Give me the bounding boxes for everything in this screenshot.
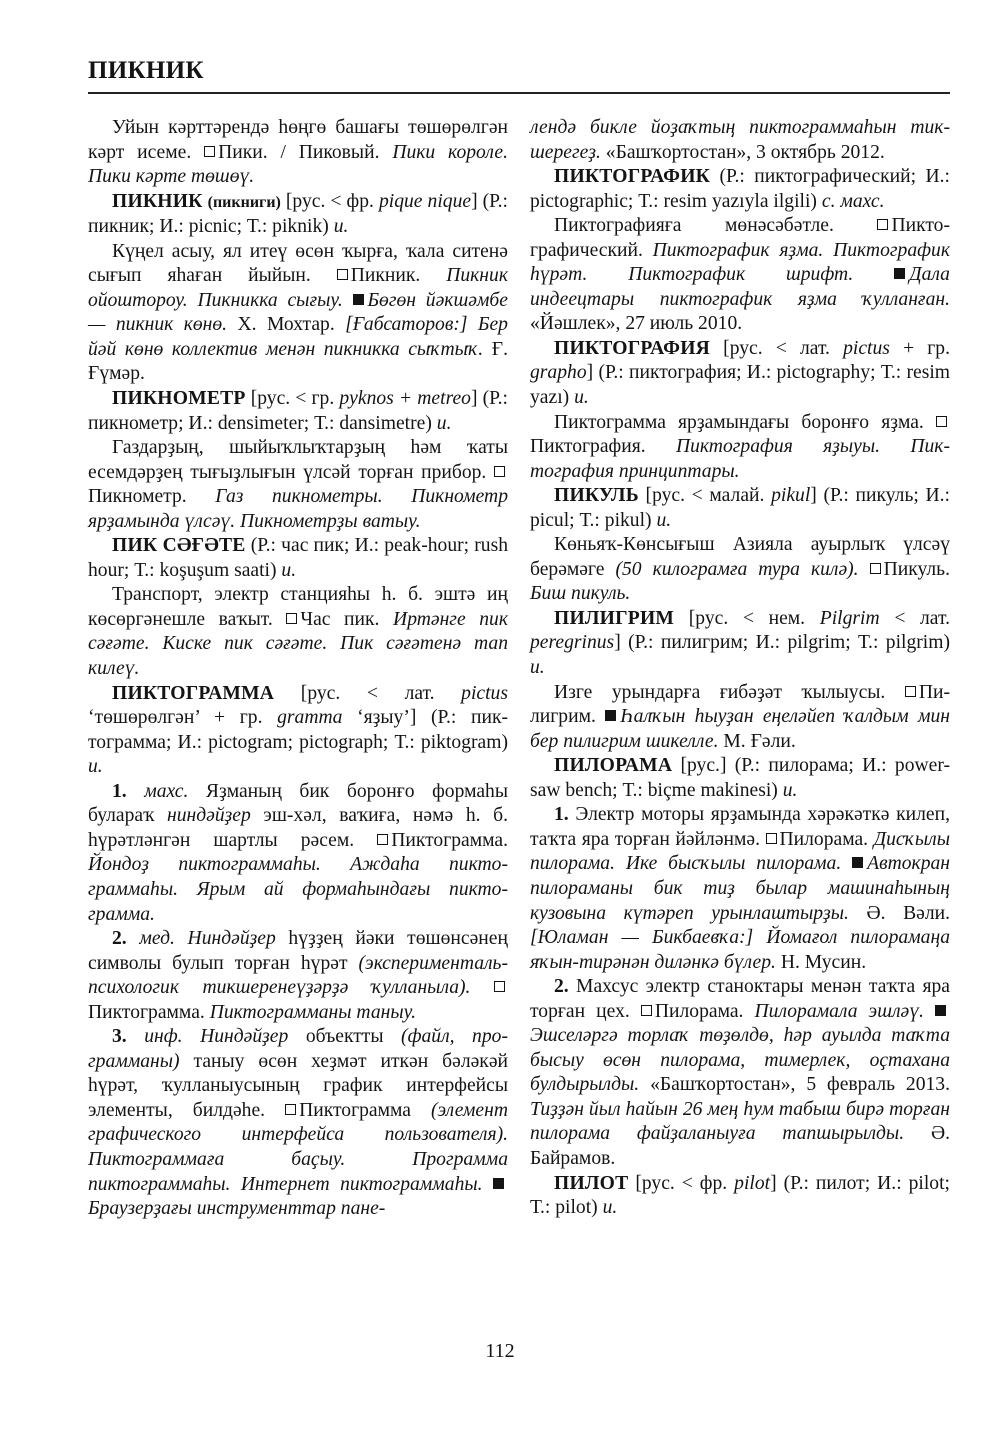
quotation-continuation: лендә бикле йоҙаҡтың пиктограммаһын тик­… bbox=[530, 116, 950, 165]
usage-label: махс. bbox=[144, 781, 188, 802]
sense-2: 2. Махсус электр станоктары менән таҡта … bbox=[530, 975, 950, 1171]
entry-header-piktogramma: ПИКТОГРАММА [рус. < лат. pictus ‘төшөрөл… bbox=[88, 682, 508, 780]
quotation-source: «Башҡортостан», 3 октябрь 2012. bbox=[606, 142, 885, 163]
part-of-speech: и. bbox=[656, 510, 671, 531]
quotation-marker-icon bbox=[493, 1178, 504, 1189]
examples: Пилорамала эшләү. bbox=[755, 1001, 924, 1022]
quotation-marker-icon bbox=[605, 710, 616, 721]
quotation-author: Н. Мусин. bbox=[781, 952, 866, 973]
sense-number: 1. bbox=[554, 804, 569, 825]
etymology: [рус. < фр. pilot] bbox=[635, 1173, 776, 1194]
left-column: Уйын кәрттәрендә һөңгө башағы төшө­рөлгә… bbox=[88, 116, 508, 1222]
entry-header-piktografik: ПИКТОГРАФИК (Р.: пиктографиче­ский; И.: … bbox=[530, 165, 950, 214]
right-column: лендә бикле йоҙаҡтың пиктограммаһын тик­… bbox=[530, 116, 950, 1221]
russian-equivalent: Час пик. bbox=[300, 609, 379, 630]
russian-equivalent: Пикнометр. bbox=[88, 486, 187, 507]
sense-2: 2. мед. Ниндәйҙер һүҙҙең йәки төшөнсә­не… bbox=[88, 927, 508, 1025]
entry-header-pilot: ПИЛОТ [рус. < фр. pilot] (Р.: пилот; И.:… bbox=[530, 1172, 950, 1221]
definition-note: (50 килограмға тура килә). bbox=[615, 559, 858, 580]
entry-header-pilorama: ПИЛОРАМА [рус.] (Р.: пилорама; И.: po­we… bbox=[530, 754, 950, 803]
definition: Пиктограмма ярҙамындағы боронғо яҙма. bbox=[554, 412, 924, 433]
entry-body-piktografiya: Пиктограмма ярҙамындағы боронғо яҙма. Пи… bbox=[530, 411, 950, 485]
russian-equivalent-marker-icon bbox=[494, 981, 505, 992]
russian-equivalent-marker-icon bbox=[641, 1005, 652, 1016]
entry-body-pikul: Көньяҡ-Көнсығыш Азияла ауырлыҡ үлсәү бер… bbox=[530, 533, 950, 607]
header-rule bbox=[88, 92, 950, 94]
examples: Биш пикуль. bbox=[530, 583, 630, 604]
entry-body-piktografik: Пиктографияға мөнәсәбәтле. Пикто­графиче… bbox=[530, 214, 950, 337]
quotation-source: «Йәшлек», 27 июль 2010. bbox=[530, 313, 742, 334]
russian-equivalent-marker-icon bbox=[204, 146, 215, 157]
part-of-speech: и. bbox=[88, 756, 103, 777]
entry-header-piktografiya: ПИКТОГРАФИЯ [рус. < лат. pictus + гр. gr… bbox=[530, 337, 950, 411]
headword: ПИКНИК bbox=[112, 191, 203, 212]
etymology: [рус. < гр. pyknos + metreo] bbox=[251, 388, 478, 409]
sense-number: 2. bbox=[112, 928, 127, 949]
etymology: [рус. < малай. pikul] bbox=[646, 485, 817, 506]
quotation-author: Ә. Вәли. bbox=[866, 903, 950, 924]
russian-equivalent-marker-icon bbox=[494, 466, 505, 477]
sense-number: 2. bbox=[554, 976, 569, 997]
usage-label: инф. bbox=[144, 1026, 182, 1047]
part-of-speech: и. bbox=[530, 657, 545, 678]
part-of-speech: с. махс. bbox=[822, 191, 885, 212]
entry-continuation-pika: Уйын кәрттәрендә һөңгө башағы төшө­рөлгә… bbox=[88, 116, 508, 190]
quotation-author: М. Ғәли. bbox=[723, 731, 795, 752]
headword: ПИКНОМЕТР bbox=[112, 388, 246, 409]
sense-number: 3. bbox=[112, 1026, 127, 1047]
russian-equivalent-marker-icon bbox=[337, 269, 348, 280]
sense-3: 3. инф. Ниндәйҙер объектты (файл, про­гр… bbox=[88, 1025, 508, 1221]
entry-header-pik-sagate: ПИК СӘҒӘТЕ (Р.: час пик; И.: peak-hour; … bbox=[88, 534, 508, 583]
entry-header-piknik: ПИКНИК (пикниги) [рус. < фр. pique nique… bbox=[88, 190, 508, 240]
equivalents: (Р.: пиктография; И.: pictography; Т.: r… bbox=[530, 362, 950, 408]
headword-form: (пикниги) bbox=[208, 194, 281, 211]
quotation-marker-icon bbox=[894, 268, 905, 279]
definition: Изге урындарға ғибәҙәт ҡылыусы. bbox=[554, 682, 885, 703]
page-number: 112 bbox=[0, 1340, 1000, 1363]
sense-number: 1. bbox=[112, 781, 127, 802]
part-of-speech: и. bbox=[603, 1197, 618, 1218]
running-head: ПИКНИК bbox=[88, 57, 204, 85]
usage-label: мед. bbox=[139, 928, 175, 949]
headword: ПИЛОРАМА bbox=[554, 755, 672, 776]
russian-equivalent: Пилора­ма. bbox=[780, 829, 869, 850]
russian-equivalent: Пиктограмма bbox=[299, 1100, 411, 1121]
part-of-speech: и. bbox=[437, 413, 452, 434]
sense-1: 1. махс. Яҙманың бик боронғо формаһы бул… bbox=[88, 780, 508, 927]
quotation: Браузерҙағы инструменттар пане- bbox=[88, 1198, 385, 1219]
russian-equivalent-marker-icon bbox=[870, 563, 881, 574]
russian-equivalent: Пикник. bbox=[351, 265, 421, 286]
entry-body-piknometr: Газдарҙың, шыйыҡлыҡтарҙың һәм ҡаты есемд… bbox=[88, 436, 508, 534]
russian-equivalent-marker-icon bbox=[377, 834, 388, 845]
quotation-author: Х. Мохтар. bbox=[238, 314, 335, 335]
etymology: [рус.] bbox=[680, 755, 726, 776]
part-of-speech: и. bbox=[281, 560, 296, 581]
quotation: [Юламан — Бикбаевҡа:] Йомағол пилорамаңа… bbox=[530, 927, 950, 973]
russian-equivalent: Пиктограмма. bbox=[391, 830, 508, 851]
part-of-speech: и. bbox=[334, 216, 349, 237]
russian-equivalent-marker-icon bbox=[285, 1104, 296, 1115]
etymology: [рус. < фр. pique nique] bbox=[286, 191, 478, 212]
entry-header-piknometr: ПИКНОМЕТР [рус. < гр. pyknos + metreo] (… bbox=[88, 387, 508, 436]
russian-equivalent: Пикуль. bbox=[884, 559, 950, 580]
definition: Күңел асыу, ял итеү өсөн ҡырға, ҡала си­… bbox=[88, 241, 508, 287]
russian-equivalent-marker-icon bbox=[877, 219, 888, 230]
quotation-source: «Башҡортостан», 5 февраль 2013. bbox=[650, 1074, 950, 1095]
headword: ПИКТОГРАФИЯ bbox=[554, 338, 710, 359]
headword: ПИКТОГРАММА bbox=[112, 683, 274, 704]
russian-equivalent: Пиктограмма. bbox=[88, 1002, 205, 1023]
part-of-speech: и. bbox=[574, 387, 589, 408]
examples: Пиктограмманы таныу. bbox=[210, 1002, 416, 1023]
entry-header-pikul: ПИКУЛЬ [рус. < малай. pikul] (Р.: пикуль… bbox=[530, 484, 950, 533]
sense-1: 1. Электр моторы ярҙамында хәрәкәткә кил… bbox=[530, 803, 950, 975]
russian-equivalent: Пиктография. bbox=[530, 436, 646, 457]
equivalents: (Р.: пилигрим; И.: pilgrim; Т.: pilgrim) bbox=[628, 632, 950, 653]
definition: Газдарҙың, шыйыҡлыҡтарҙың һәм ҡаты есемд… bbox=[88, 437, 508, 483]
examples: Йондоҙ пиктограммаһы. Аждаһа пикто­грамм… bbox=[88, 854, 508, 924]
headword: ПИКТОГРАФИК bbox=[554, 166, 710, 187]
russian-equivalent: Пики. / Пиковый. bbox=[218, 142, 379, 163]
part-of-speech: и. bbox=[783, 780, 798, 801]
examples: Пиктограммаға баҫыу. Программа пиктограм… bbox=[88, 1149, 508, 1195]
headword: ПИЛИГРИМ bbox=[554, 608, 674, 629]
entry-body-pik-sagate: Транспорт, электр станцияһы һ. б. эштә и… bbox=[88, 583, 508, 681]
headword: ПИК СӘҒӘТЕ bbox=[112, 535, 246, 556]
headword: ПИЛОТ bbox=[554, 1173, 628, 1194]
quotation-marker-icon bbox=[935, 1005, 946, 1016]
entry-body-piknik: Күңел асыу, ял итеү өсөн ҡырға, ҡала си­… bbox=[88, 240, 508, 387]
quotation-marker-icon bbox=[852, 857, 863, 868]
russian-equivalent-marker-icon bbox=[286, 613, 297, 624]
russian-equivalent: Пилорама. bbox=[655, 1001, 744, 1022]
russian-equivalent-marker-icon bbox=[936, 416, 947, 427]
entry-header-piligrim: ПИЛИГРИМ [рус. < нем. Pilgrim < лат. per… bbox=[530, 607, 950, 681]
russian-equivalent-marker-icon bbox=[766, 833, 777, 844]
quotation: Тиҙҙән йыл һайын 26 мең һум табыш бирә т… bbox=[530, 1099, 950, 1145]
entry-body-piligrim: Изге урындарға ғибәҙәт ҡылыусы. Пи­лигри… bbox=[530, 681, 950, 755]
headword: ПИКУЛЬ bbox=[554, 485, 639, 506]
definition: Пиктографияға мөнәсәбәтле. bbox=[554, 215, 834, 236]
quotation-marker-icon bbox=[353, 294, 364, 305]
russian-equivalent-marker-icon bbox=[905, 686, 916, 697]
